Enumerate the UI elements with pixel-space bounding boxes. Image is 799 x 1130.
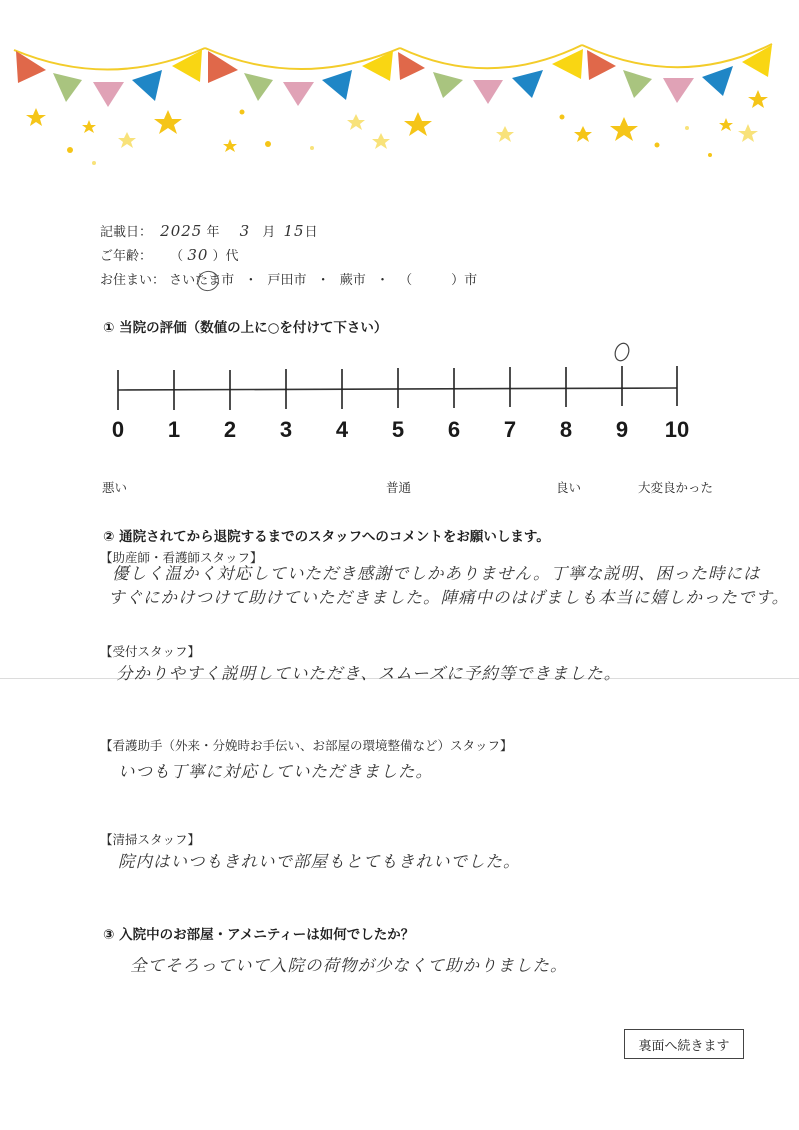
residence-option-saitama[interactable]: さいたま市 xyxy=(169,273,238,288)
tick-8[interactable]: 8 xyxy=(560,417,572,443)
tick-0[interactable]: 0 xyxy=(112,417,124,443)
section2-title: ② 通院されてから退院するまでのスタッフへのコメントをお願いします。 xyxy=(103,525,550,545)
date-day-unit: 日 xyxy=(305,225,318,240)
age-value[interactable]: 30 xyxy=(187,246,208,264)
section3-title: ③ 入院中のお部屋・アメニティーは如何でしたか？ xyxy=(103,923,414,943)
residence-option-warabi[interactable]: 蕨市 xyxy=(340,273,366,288)
comment-nursing-assistant[interactable]: いつも丁寧に対応していただきました。 xyxy=(118,758,433,782)
age-open-paren: （ xyxy=(170,249,183,264)
age-label: ご年齢： xyxy=(100,249,152,264)
date-year-value[interactable]: 2025 xyxy=(160,222,202,240)
residence-label: お住まい： xyxy=(100,273,165,288)
tick-2[interactable]: 2 xyxy=(224,417,236,443)
comment-midwife-nurse-line1[interactable]: 優しく温かく対応していただき感謝でしかありません。丁寧な説明、困った時には xyxy=(112,560,761,584)
residence-option-other[interactable]: （ ）市 xyxy=(399,273,477,288)
scale-label-normal: 普通 xyxy=(386,478,411,496)
scale-label-good: 良い xyxy=(556,478,581,496)
age-row: ご年齢： （ 30 ）代 xyxy=(100,245,239,264)
staff-label-reception: 【受付スタッフ】 xyxy=(100,642,200,660)
date-day-value[interactable]: 15 xyxy=(283,222,304,240)
scale-label-excellent: 大変良かった xyxy=(638,478,713,496)
staff-label-cleaning: 【清掃スタッフ】 xyxy=(100,830,200,848)
separator: ・ xyxy=(317,273,330,288)
tick-10[interactable]: 10 xyxy=(665,417,689,443)
residence-row: お住まい： さいたま市 ・ 戸田市 ・ 蕨市 ・ （ ）市 xyxy=(100,269,477,288)
comment-midwife-nurse-line2[interactable]: すぐにかけつけて助けていただきました。陣痛中のはげましも本当に嬉しかったです。 xyxy=(108,584,789,608)
date-month-unit: 月 xyxy=(262,225,275,240)
tick-1[interactable]: 1 xyxy=(168,417,180,443)
comment-reception[interactable]: 分かりやすく説明していただき、スムーズに予約等できました。 xyxy=(116,660,621,684)
date-row: 記載日： 2025 年 3 月 15日 xyxy=(100,221,318,240)
tick-4[interactable]: 4 xyxy=(336,417,348,443)
rating-scale-line[interactable] xyxy=(100,340,700,420)
section1-title: ① 当院の評価（数値の上に○を付けて下さい） xyxy=(103,316,387,336)
scale-label-bad: 悪い xyxy=(102,478,127,496)
separator: ・ xyxy=(244,273,257,288)
selected-rating-mark xyxy=(613,341,631,362)
staff-label-nursing-assistant: 【看護助手（外来・分娩時お手伝い、お部屋の環境整備など）スタッフ】 xyxy=(100,736,513,754)
tick-6[interactable]: 6 xyxy=(448,417,460,443)
continue-label: 裏面へ続きます xyxy=(638,1035,729,1054)
answer-room-amenities[interactable]: 全てそろっていて入院の荷物が少なくて助かりました。 xyxy=(130,952,568,976)
age-suffix: ）代 xyxy=(213,249,239,264)
bunting-banner-decoration xyxy=(0,30,799,170)
continue-on-back-notice: 裏面へ続きます xyxy=(624,1029,744,1059)
tick-3[interactable]: 3 xyxy=(280,417,292,443)
tick-5[interactable]: 5 xyxy=(392,417,404,443)
separator: ・ xyxy=(376,273,389,288)
date-label: 記載日： xyxy=(100,225,152,240)
comment-cleaning[interactable]: 院内はいつもきれいで部屋もとてもきれいでした。 xyxy=(118,848,521,872)
tick-7[interactable]: 7 xyxy=(504,417,516,443)
tick-9[interactable]: 9 xyxy=(616,417,628,443)
date-month-value[interactable]: 3 xyxy=(240,222,251,240)
residence-option-toda[interactable]: 戸田市 xyxy=(267,273,306,288)
date-year-unit: 年 xyxy=(206,225,219,240)
